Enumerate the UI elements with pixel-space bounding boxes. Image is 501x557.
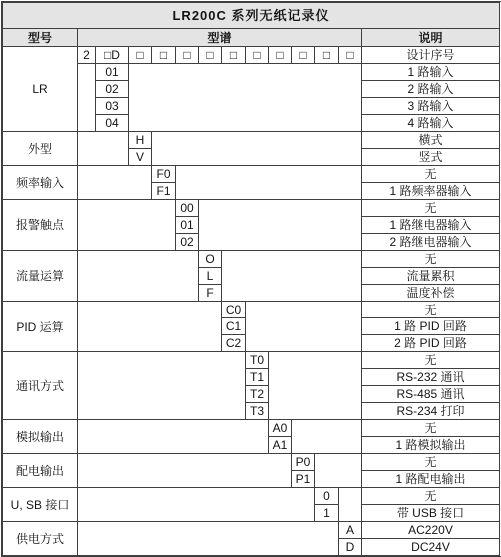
code-cell: F0	[151, 165, 176, 183]
code-cell: A0	[268, 419, 292, 437]
description-cell: 1 路频率器输入	[361, 182, 500, 200]
code-cell: F1	[151, 182, 176, 200]
description-cell: 3 路输入	[361, 97, 500, 115]
description-cell: 带 USB 接口	[361, 504, 500, 522]
code-cell: D	[338, 538, 362, 556]
description-cell: 无	[361, 165, 500, 183]
code-cell: 04	[95, 114, 129, 132]
code-cell: T2	[245, 385, 269, 403]
description-cell: 竖式	[361, 148, 500, 166]
description-cell: 设计序号	[361, 46, 500, 64]
spectrum-box-cell: □	[245, 46, 269, 64]
code-cell: 02	[95, 80, 129, 98]
filler-cell	[198, 199, 362, 251]
filler-cell	[268, 351, 362, 420]
code-cell: T1	[245, 368, 269, 386]
description-cell: 1 路继电器输入	[361, 216, 500, 234]
description-cell: 4 路输入	[361, 114, 500, 132]
description-cell: RS-232 通讯	[361, 368, 500, 386]
spectrum-box-cell: □	[198, 46, 222, 64]
description-cell: RS-234 打印	[361, 402, 500, 420]
model-label-cell: 流量运算	[2, 250, 78, 302]
table-title: LR200C 系列无纸记录仪	[2, 2, 500, 29]
code-cell: F	[198, 284, 222, 302]
spectrum-box-cell: □	[338, 46, 362, 64]
spectrum-prefix-cell: 2	[77, 46, 96, 64]
code-cell: L	[198, 267, 222, 285]
spectrum-box-cell: □	[291, 46, 315, 64]
spectrum-box-cell: □	[314, 46, 339, 64]
code-cell: P1	[291, 470, 315, 488]
model-label-cell: 频率输入	[2, 165, 78, 200]
filler-cell	[77, 165, 152, 200]
header-spectrum: 型谱	[77, 28, 362, 47]
description-cell: AC220V	[361, 521, 500, 539]
filler-cell	[77, 521, 339, 556]
description-cell: 无	[361, 453, 500, 471]
spectrum-box-cell: □	[268, 46, 292, 64]
spectrum-designator-cell: □D	[95, 46, 129, 64]
code-cell: H	[128, 131, 152, 149]
filler-cell	[291, 419, 362, 454]
model-label-cell: 外型	[2, 131, 78, 166]
code-cell: V	[128, 148, 152, 166]
spectrum-box-cell: □	[151, 46, 176, 64]
model-label-cell: 模拟输出	[2, 419, 78, 454]
description-cell: 1 路输入	[361, 63, 500, 81]
filler-cell	[77, 351, 246, 420]
description-cell: 1 路模拟输出	[361, 436, 500, 454]
filler-cell	[338, 487, 362, 522]
filler-cell	[77, 453, 292, 488]
model-label-cell: U, SB 接口	[2, 487, 78, 522]
code-cell: 03	[95, 97, 129, 115]
description-cell: 无	[361, 250, 500, 268]
description-cell: 2 路继电器输入	[361, 233, 500, 251]
code-cell: P0	[291, 453, 315, 471]
description-cell: RS-485 通讯	[361, 385, 500, 403]
code-cell: 00	[175, 199, 199, 217]
filler-cell	[175, 165, 362, 200]
code-cell: 01	[95, 63, 129, 81]
code-cell: T3	[245, 402, 269, 420]
code-cell: C0	[221, 301, 246, 318]
description-cell: 横式	[361, 131, 500, 149]
description-cell: 无	[361, 487, 500, 505]
filler-cell	[77, 487, 315, 522]
filler-cell	[221, 250, 362, 302]
filler-cell	[77, 301, 222, 352]
code-cell: 01	[175, 216, 199, 234]
description-cell: 温度补偿	[361, 284, 500, 302]
code-cell: 02	[175, 233, 199, 251]
description-cell: 2 路 PID 回路	[361, 334, 500, 352]
filler-cell	[77, 419, 269, 454]
description-cell: DC24V	[361, 538, 500, 556]
description-cell: 无	[361, 199, 500, 217]
code-cell: A	[338, 521, 362, 539]
description-cell: 2 路输入	[361, 80, 500, 98]
filler-cell	[77, 250, 199, 302]
code-cell: C2	[221, 334, 246, 352]
code-cell: 0	[314, 487, 339, 505]
filler-cell	[314, 453, 362, 488]
spectrum-box-cell: □	[128, 46, 152, 64]
description-cell: 1 路配电输出	[361, 470, 500, 488]
filler-cell	[151, 131, 362, 166]
filler-cell	[77, 131, 129, 166]
code-cell: 1	[314, 504, 339, 522]
code-cell: O	[198, 250, 222, 268]
model-label-cell: PID 运算	[2, 301, 78, 352]
filler-cell	[77, 199, 176, 251]
model-spectrum-table: LR200C 系列无纸记录仪 型号 型谱 说明 2□D□□□□□□□□□□设计序…	[0, 0, 501, 556]
model-label-cell: 报警触点	[2, 199, 78, 251]
model-label-cell: 供电方式	[2, 521, 78, 556]
description-cell: 无	[361, 419, 500, 437]
description-cell: 1 路 PID 回路	[361, 317, 500, 335]
filler-cell	[245, 301, 362, 352]
description-cell: 流量累积	[361, 267, 500, 285]
code-cell: T0	[245, 351, 269, 369]
description-cell: 无	[361, 301, 500, 318]
code-cell: C1	[221, 317, 246, 335]
description-cell: 无	[361, 351, 500, 369]
model-label-cell: LR	[2, 46, 78, 132]
model-label-cell: 通讯方式	[2, 351, 78, 420]
model-label-cell: 配电输出	[2, 453, 78, 488]
filler-cell	[77, 63, 96, 132]
header-description: 说明	[361, 28, 500, 47]
spectrum-box-cell: □	[175, 46, 199, 64]
code-cell: A1	[268, 436, 292, 454]
spectrum-box-cell: □	[221, 46, 246, 64]
filler-cell	[128, 63, 362, 132]
header-model: 型号	[2, 28, 78, 47]
